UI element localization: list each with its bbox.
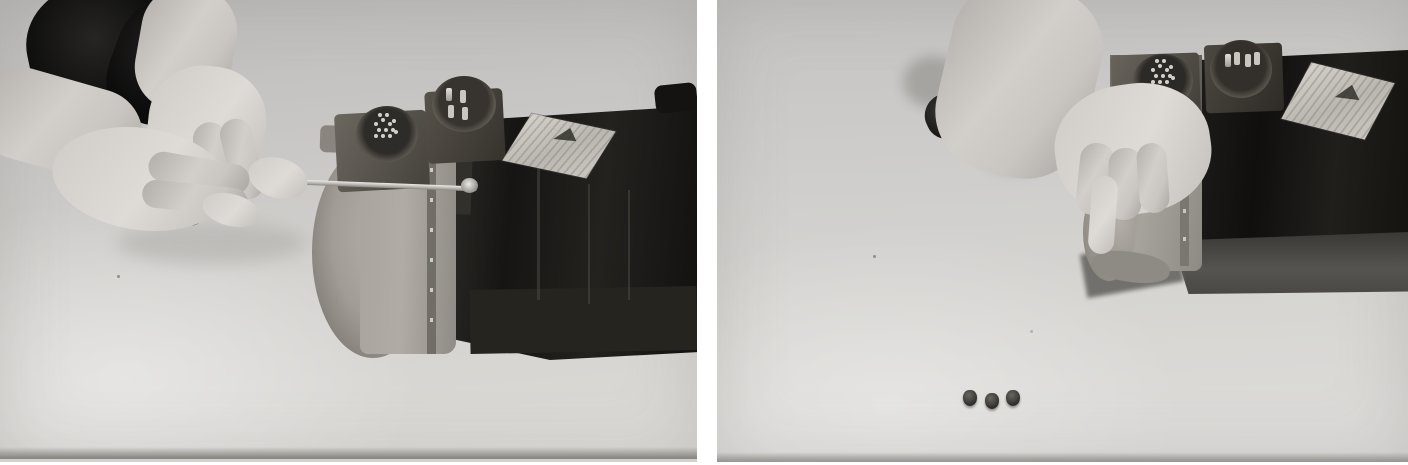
surface-speck	[335, 300, 338, 303]
motor-mounting-foot	[469, 286, 697, 354]
motor-rear-lug	[654, 82, 697, 114]
motor-underside-shadow	[1172, 232, 1408, 294]
surface-speck	[117, 275, 120, 278]
power-connector	[1210, 40, 1272, 98]
motor-body-seam	[628, 190, 630, 300]
left-photo	[0, 0, 697, 462]
panel-gap	[697, 0, 717, 465]
right-photo	[717, 0, 1408, 462]
figure-canvas	[0, 0, 1408, 465]
removed-screw	[963, 390, 977, 406]
hand-finger	[1136, 142, 1171, 214]
flange-screw-seam	[427, 162, 436, 354]
hand-thumb	[1087, 175, 1118, 255]
power-connector	[432, 76, 496, 132]
removed-screw	[985, 393, 999, 409]
removed-screw	[1006, 390, 1020, 406]
motor-body-seam	[588, 184, 590, 304]
nameplate-logo-mark	[1329, 82, 1366, 107]
surface-speck	[873, 255, 876, 258]
flange-screw-being-turned	[461, 178, 478, 193]
surface-edge-highlight	[0, 459, 697, 462]
motor-body-seam	[537, 168, 540, 300]
surface-edge	[717, 452, 1408, 462]
power-connector-pins	[1225, 54, 1231, 67]
encoder-connector-pins	[1151, 68, 1155, 72]
encoder-connector	[356, 106, 418, 162]
nameplate-logo-mark	[547, 125, 583, 147]
power-connector-pins	[446, 88, 452, 101]
surface-speck	[1030, 330, 1033, 333]
encoder-connector-pins	[374, 122, 378, 126]
